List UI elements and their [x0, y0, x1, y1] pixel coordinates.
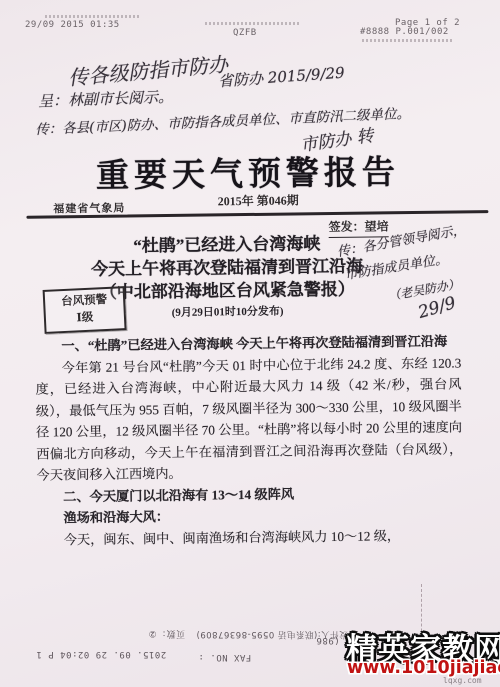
printed-document-area: 重要天气预警报告 2015年 第046期 福建省气象局 签发：望培 “杜鹃”已经… — [0, 0, 500, 687]
footer-fax-no: FAX NO. : — [198, 646, 251, 664]
section-1-paragraph: 今年第 21 号台风“杜鹃”今天 01 时中心位于北纬 24.2 度、东经 12… — [35, 352, 463, 486]
watermark-url: www.1010jiajiao.com — [347, 658, 500, 678]
footer-partial-number: (986 — [316, 629, 340, 647]
body-text: 一、“杜鹃”已经进入台湾海峡 今天上午将再次登陆福清到晋江沿海 今年第 21 号… — [35, 330, 464, 550]
typhoon-warning-level-box: 台风预警 Ⅰ级 — [43, 286, 127, 334]
watermark-small-text: lqxg.com — [443, 676, 482, 685]
footer-page-count: 页数：② — [148, 625, 185, 643]
warning-box-line2: Ⅰ级 — [48, 308, 123, 328]
section-2-paragraph: 今天，闽东、闽中、闽南渔场和台湾海峡风力 10～12 级， — [37, 524, 463, 551]
footer-timestamp: 2015. 09. 29 02:04 P 1 — [36, 643, 166, 661]
